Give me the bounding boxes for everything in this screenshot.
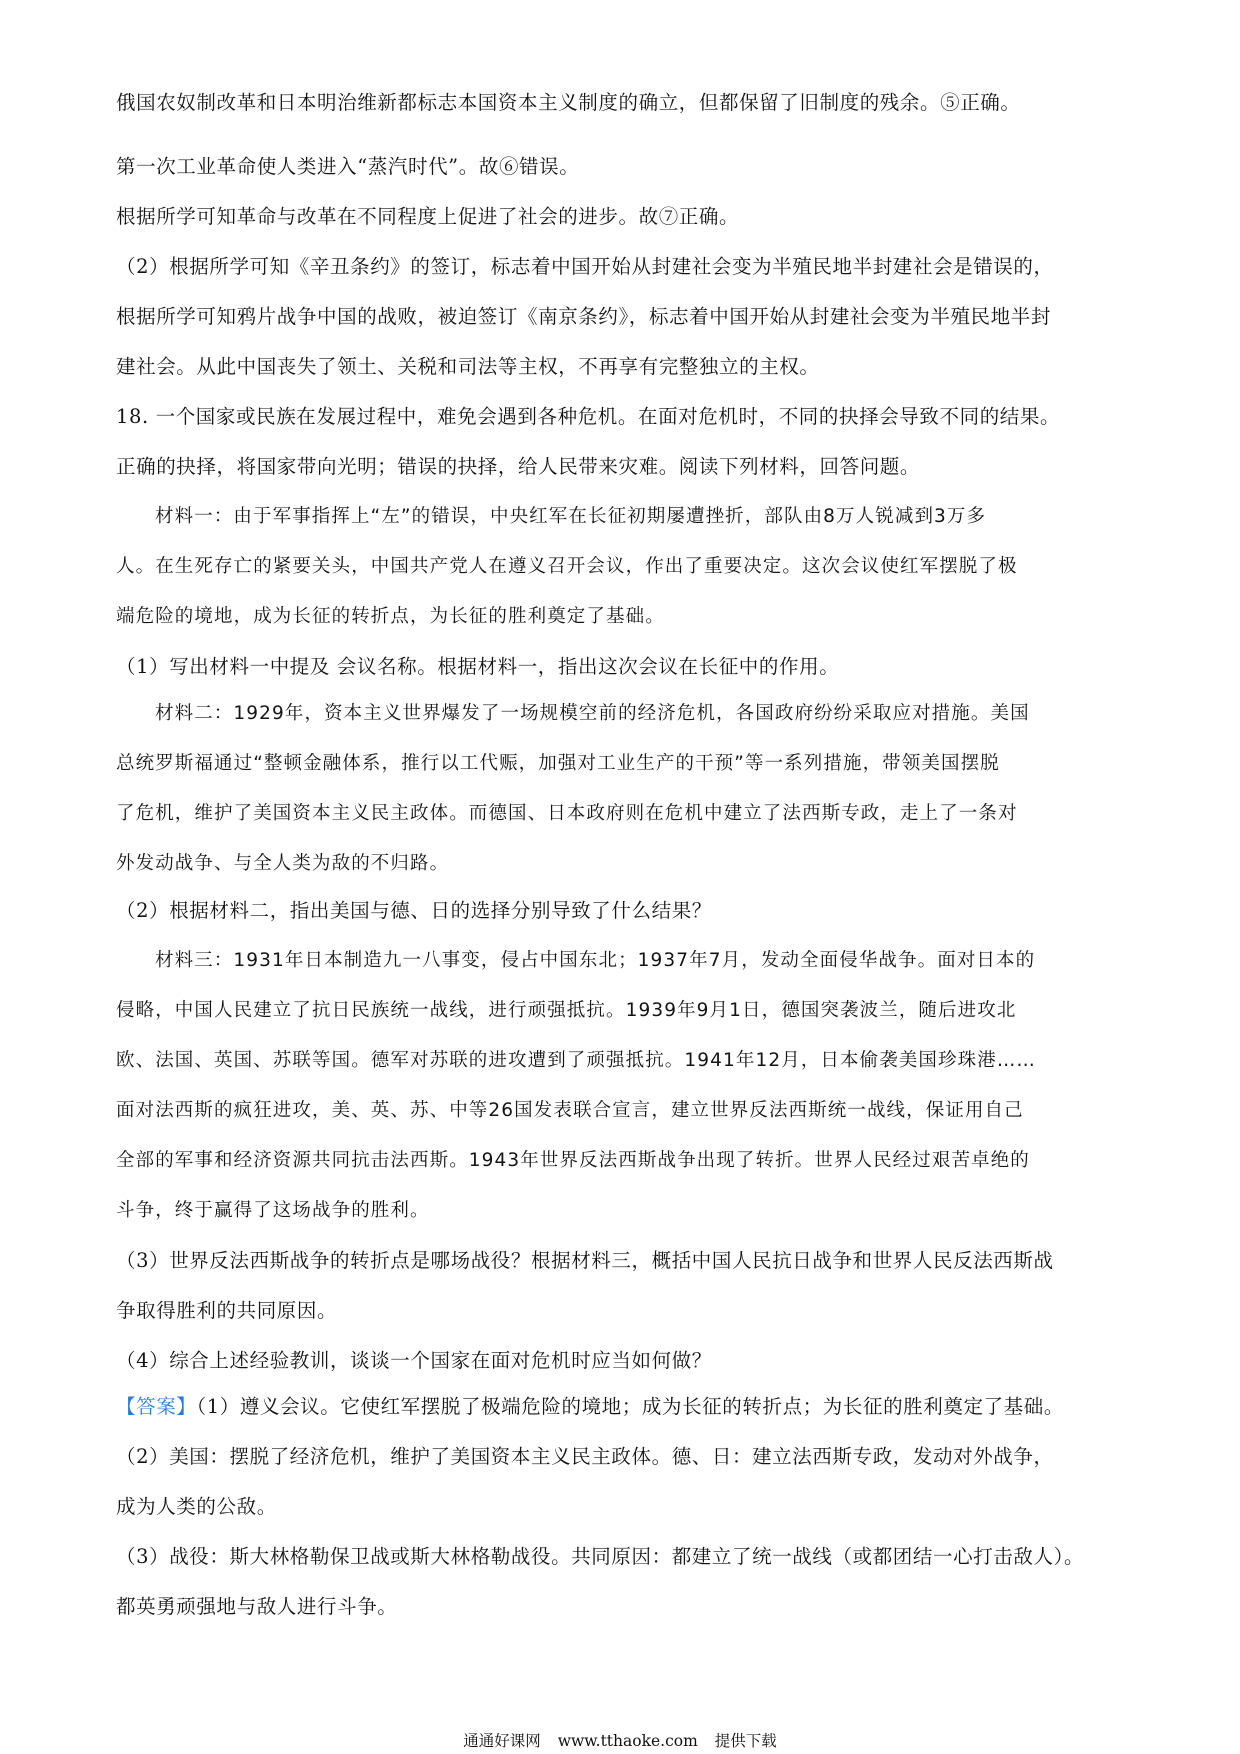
material-2-text: 材料二：1929年，资本主义世界爆发了一场规模空前的经济危机，各国政府纷纷采取应… bbox=[155, 700, 1131, 728]
answer-tag: 【答案】 bbox=[116, 1395, 196, 1418]
explanation-line: （2）根据所学可知《辛丑条约》的签订，标志着中国开始从封建社会变为半殖民地半封建… bbox=[116, 253, 1131, 281]
question-18-stem: 18. 一个国家或民族在发展过程中，难免会遇到各种危机。在面对危机时，不同的抉择… bbox=[116, 403, 1131, 431]
material-3-text: 斗争，终于赢得了这场战争的胜利。 bbox=[116, 1197, 1131, 1225]
explanation-line: 根据所学可知鸦片战争中国的战败，被迫签订《南京条约》，标志着中国开始从封建社会变… bbox=[116, 303, 1131, 331]
answer-line-1: 【答案】（1）遵义会议。它使红军摆脱了极端危险的境地；成为长征的转折点；为长征的… bbox=[116, 1393, 1131, 1421]
answer-line-2: 成为人类的公敌。 bbox=[116, 1493, 1131, 1521]
document-page: 俄国农奴制改革和日本明治维新都标志本国资本主义制度的确立，但都保留了旧制度的残余… bbox=[0, 0, 1240, 1754]
footer-site-name: 通通好课网 bbox=[463, 1732, 541, 1750]
footer-suffix: 提供下载 bbox=[715, 1732, 777, 1750]
material-3-text: 全部的军事和经济资源共同抗击法西斯。1943年世界反法西斯战争出现了转折。世界人… bbox=[116, 1147, 1131, 1175]
material-1-text: 材料一：由于军事指挥上“左”的错误，中央红军在长征初期屡遭挫折，部队由8万人锐减… bbox=[155, 503, 1131, 531]
sub-question-2: （2）根据材料二，指出美国与德、日的选择分别导致了什么结果？ bbox=[116, 897, 1131, 925]
material-2-text: 总统罗斯福通过“整顿金融体系，推行以工代赈，加强对工业生产的干预”等一系列措施，… bbox=[116, 750, 1131, 778]
material-3-text: 材料三：1931年日本制造九一八事变，侵占中国东北；1937年7月，发动全面侵华… bbox=[155, 947, 1131, 975]
explanation-line: 根据所学可知革命与改革在不同程度上促进了社会的进步。故⑦正确。 bbox=[116, 203, 1131, 231]
material-2-text: 外发动战争、与全人类为敌的不归路。 bbox=[116, 850, 1131, 878]
explanation-line: 建社会。从此中国丧失了领土、关税和司法等主权，不再享有完整独立的主权。 bbox=[116, 353, 1131, 381]
material-3-text: 面对法西斯的疯狂进攻，美、英、苏、中等26国发表联合宣言，建立世界反法西斯统一战… bbox=[116, 1097, 1131, 1125]
answer-line-3: 都英勇顽强地与敌人进行斗争。 bbox=[116, 1593, 1131, 1621]
answer-line-2: （2）美国：摆脱了经济危机，维护了美国资本主义民主政体。德、日：建立法西斯专政，… bbox=[116, 1443, 1131, 1471]
material-3-text: 侵略，中国人民建立了抗日民族统一战线，进行顽强抵抗。1939年9月1日，德国突袭… bbox=[116, 997, 1131, 1025]
material-1-text: 人。在生死存亡的紧要关头，中国共产党人在遵义召开会议，作出了重要决定。这次会议使… bbox=[116, 553, 1131, 581]
material-2-text: 了危机，维护了美国资本主义民主政体。而德国、日本政府则在危机中建立了法西斯专政，… bbox=[116, 800, 1131, 828]
material-3-text: 欧、法国、英国、苏联等国。德军对苏联的进攻遭到了顽强抵抗。1941年12月，日本… bbox=[116, 1047, 1131, 1075]
sub-question-3: （3）世界反法西斯战争的转折点是哪场战役？根据材料三，概括中国人民抗日战争和世界… bbox=[116, 1247, 1131, 1275]
answer-line-3: （3）战役：斯大林格勒保卫战或斯大林格勒战役。共同原因：都建立了统一战线（或都团… bbox=[116, 1543, 1131, 1571]
page-footer: 通通好课网 www.tthaoke.com 提供下载 bbox=[0, 1731, 1240, 1751]
explanation-line: 第一次工业革命使人类进入“蒸汽时代”。故⑥错误。 bbox=[116, 153, 1131, 181]
sub-question-4: （4）综合上述经验教训，谈谈一个国家在面对危机时应当如何做？ bbox=[116, 1347, 1131, 1375]
footer-url[interactable]: www.tthaoke.com bbox=[558, 1732, 698, 1750]
sub-question-3: 争取得胜利的共同原因。 bbox=[116, 1297, 1131, 1325]
explanation-line: 俄国农奴制改革和日本明治维新都标志本国资本主义制度的确立，但都保留了旧制度的残余… bbox=[116, 89, 1131, 117]
question-18-stem: 正确的抉择，将国家带向光明；错误的抉择，给人民带来灾难。阅读下列材料，回答问题。 bbox=[116, 453, 1131, 481]
sub-question-1: （1）写出材料一中提及 会议名称。根据材料一，指出这次会议在长征中的作用。 bbox=[116, 653, 1131, 681]
answer-text: （1）遵义会议。它使红军摆脱了极端危险的境地；成为长征的转折点；为长征的胜利奠定… bbox=[196, 1395, 1064, 1418]
material-1-text: 端危险的境地，成为长征的转折点，为长征的胜利奠定了基础。 bbox=[116, 603, 1131, 631]
